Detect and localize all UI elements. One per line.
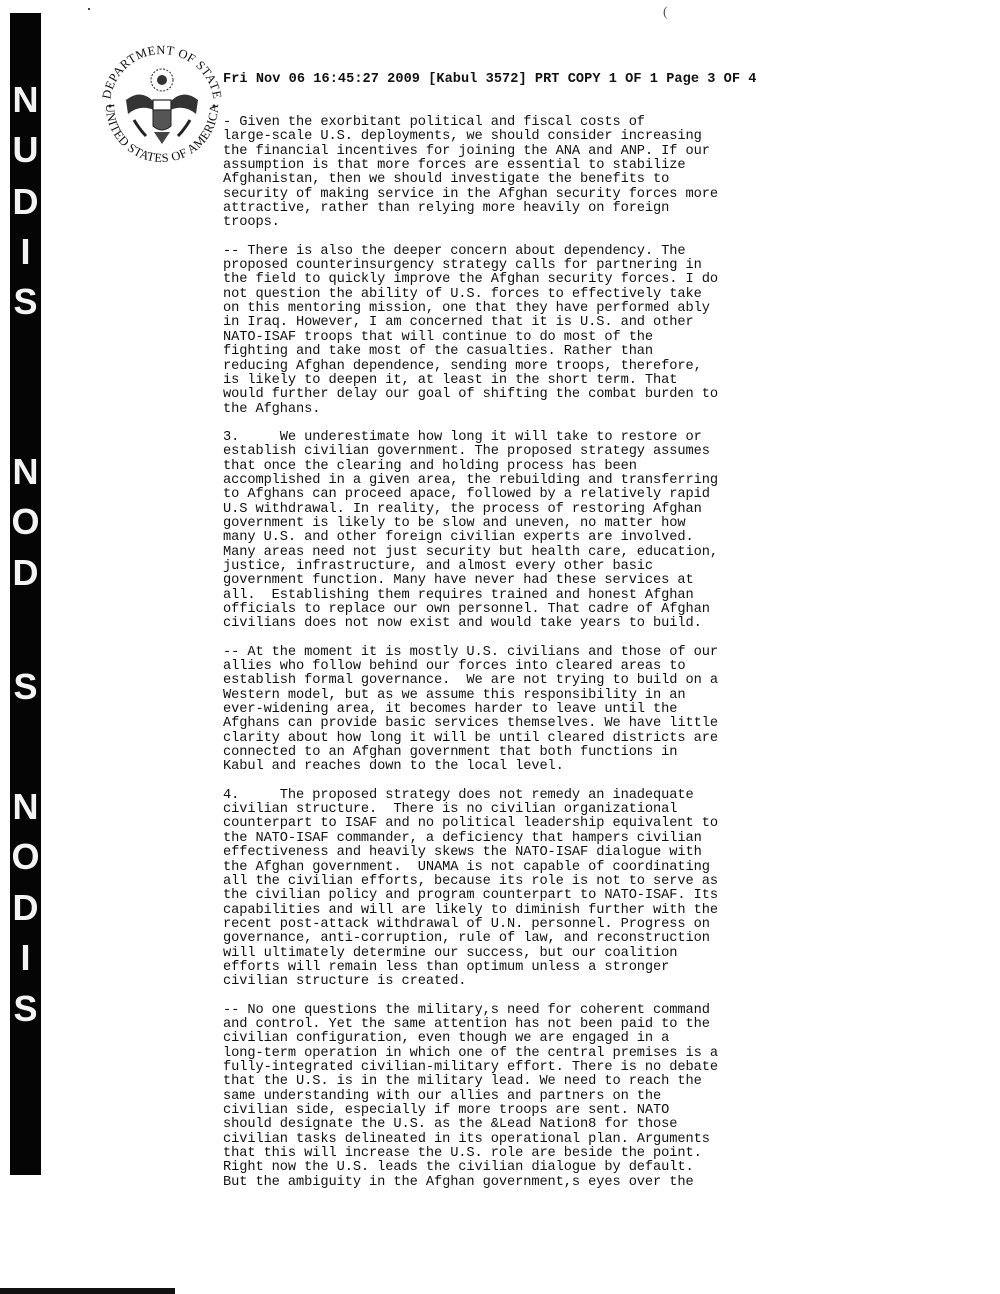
text-line: fighting and take most of the casualties…: [223, 345, 823, 359]
text-line: connected to an Afghan government that b…: [223, 746, 823, 760]
text-line: proposed counterinsurgency strategy call…: [223, 259, 823, 273]
text-line: Kabul and reaches down to the local leve…: [223, 760, 823, 774]
paragraph: -- There is also the deeper concern abou…: [223, 245, 823, 417]
text-line: establish civilian government. The propo…: [223, 445, 823, 459]
text-line: Afghans can provide basic services thems…: [223, 717, 823, 731]
stamp-letter: D: [10, 182, 41, 222]
text-line: on this mentoring mission, one that they…: [223, 302, 823, 316]
text-line: U.S withdrawal. In reality, the process …: [223, 503, 823, 517]
text-line: recent post-attack withdrawal of U.N. pe…: [223, 918, 823, 932]
text-line: long-term operation in which one of the …: [223, 1047, 823, 1061]
department-of-state-seal: DEPARTMENT OF STATE UNITED STATES OF AME…: [96, 40, 228, 172]
text-line: is likely to deepen it, at least in the …: [223, 374, 823, 388]
scan-dot: [88, 8, 90, 10]
stamp-letter: D: [10, 888, 41, 928]
stamp-letter: S: [10, 667, 41, 707]
text-line: Right now the U.S. leads the civilian di…: [223, 1161, 823, 1175]
text-line: efforts will remain less than optimum un…: [223, 961, 823, 975]
text-line: capabilities and will are likely to dimi…: [223, 904, 823, 918]
paragraph: -- No one questions the military,s need …: [223, 1004, 823, 1190]
text-line: counterpart to ISAF and no political lea…: [223, 817, 823, 831]
text-line: clarity about how long it will be until …: [223, 732, 823, 746]
text-line: NATO-ISAF troops that will continue to d…: [223, 331, 823, 345]
text-line: effectiveness and heavily skews the NATO…: [223, 846, 823, 860]
text-line: civilians does not now exist and would t…: [223, 617, 823, 631]
text-line: large-scale U.S. deployments, we should …: [223, 130, 823, 144]
text-line: and control. Yet the same attention has …: [223, 1018, 823, 1032]
stray-mark: (: [663, 5, 668, 21]
cable-header: Fri Nov 06 16:45:27 2009 [Kabul 3572] PR…: [223, 72, 757, 87]
text-line: allies who follow behind our forces into…: [223, 660, 823, 674]
text-line: not question the ability of U.S. forces …: [223, 288, 823, 302]
stamp-letter: S: [10, 282, 41, 322]
stamp-letter: U: [10, 130, 41, 170]
text-line: troops.: [223, 216, 823, 230]
text-line: in Iraq. However, I am concerned that it…: [223, 316, 823, 330]
text-line: government is likely to be slow and unev…: [223, 517, 823, 531]
text-line: same understanding with our allies and p…: [223, 1090, 823, 1104]
text-line: should designate the U.S. as the &Lead N…: [223, 1118, 823, 1132]
paragraph: 4. The proposed strategy does not remedy…: [223, 789, 823, 990]
text-line: 3. We underestimate how long it will tak…: [223, 431, 823, 445]
paragraph: 3. We underestimate how long it will tak…: [223, 431, 823, 632]
text-line: the civilian policy and program counterp…: [223, 889, 823, 903]
text-line: that the U.S. is in the military lead. W…: [223, 1075, 823, 1089]
stamp-letter: N: [10, 452, 41, 492]
text-line: the Afghan government. UNAMA is not capa…: [223, 861, 823, 875]
svg-text:DEPARTMENT OF STATE: DEPARTMENT OF STATE: [99, 43, 224, 100]
text-line: establish formal governance. We are not …: [223, 674, 823, 688]
text-line: - Given the exorbitant political and fis…: [223, 116, 823, 130]
stamp-letter: N: [10, 80, 41, 120]
stamp-letter: N: [10, 787, 41, 827]
text-line: officials to replace our own personnel. …: [223, 603, 823, 617]
text-line: -- No one questions the military,s need …: [223, 1004, 823, 1018]
stamp-letter: D: [10, 553, 41, 593]
text-line: government function. Many have never had…: [223, 574, 823, 588]
stamp-letter: S: [10, 989, 41, 1029]
text-line: the field to quickly improve the Afghan …: [223, 273, 823, 287]
stamp-letter: I: [10, 938, 41, 978]
text-line: -- There is also the deeper concern abou…: [223, 245, 823, 259]
text-line: to Afghans can proceed apace, followed b…: [223, 488, 823, 502]
text-line: the NATO-ISAF commander, a deficiency th…: [223, 832, 823, 846]
text-line: 4. The proposed strategy does not remedy…: [223, 789, 823, 803]
text-line: all. Establishing them requires trained …: [223, 589, 823, 603]
text-line: will ultimately determine our success, b…: [223, 947, 823, 961]
text-line: Many areas need not just security but he…: [223, 546, 823, 560]
eagle-seal-icon: DEPARTMENT OF STATE UNITED STATES OF AME…: [96, 40, 228, 172]
text-line: governance, anti-corruption, rule of law…: [223, 932, 823, 946]
text-line: reducing Afghan dependence, sending more…: [223, 360, 823, 374]
text-line: But the ambiguity in the Afghan governme…: [223, 1176, 823, 1190]
paragraph: - Given the exorbitant political and fis…: [223, 116, 823, 231]
text-line: fully-integrated civilian-military effor…: [223, 1061, 823, 1075]
text-line: justice, infrastructure, and almost ever…: [223, 560, 823, 574]
text-line: assumption is that more forces are essen…: [223, 159, 823, 173]
text-line: that once the clearing and holding proce…: [223, 460, 823, 474]
text-line: Afghanistan, then we should investigate …: [223, 173, 823, 187]
text-line: the Afghans.: [223, 403, 823, 417]
text-line: civilian structure is created.: [223, 975, 823, 989]
text-line: civilian configuration, even though we a…: [223, 1032, 823, 1046]
text-line: civilian tasks delineated in its operati…: [223, 1133, 823, 1147]
text-line: civilian side, especially if more troops…: [223, 1104, 823, 1118]
stamp-letter: O: [10, 502, 41, 542]
text-line: Western model, but as we assume this res…: [223, 689, 823, 703]
text-line: would further delay our goal of shifting…: [223, 388, 823, 402]
text-line: security of making service in the Afghan…: [223, 188, 823, 202]
stamp-letter: O: [10, 837, 41, 877]
text-line: attractive, rather than relying more hea…: [223, 202, 823, 216]
text-line: the financial incentives for joining the…: [223, 145, 823, 159]
document-body: - Given the exorbitant political and fis…: [223, 116, 823, 1204]
text-line: ever-widening area, it becomes harder to…: [223, 703, 823, 717]
text-line: all the civilian efforts, because its ro…: [223, 875, 823, 889]
text-line: that this will increase the U.S. role ar…: [223, 1147, 823, 1161]
page-bottom-strip: [0, 1288, 175, 1294]
paragraph: -- At the moment it is mostly U.S. civil…: [223, 646, 823, 775]
text-line: many U.S. and other foreign civilian exp…: [223, 531, 823, 545]
stamp-letter: I: [10, 232, 41, 272]
nodis-sidebar-stamp: NUDISNODSNODIS: [10, 13, 41, 1175]
text-line: accomplished in a given area, the rebuil…: [223, 474, 823, 488]
text-line: -- At the moment it is mostly U.S. civil…: [223, 646, 823, 660]
text-line: civilian structure. There is no civilian…: [223, 803, 823, 817]
